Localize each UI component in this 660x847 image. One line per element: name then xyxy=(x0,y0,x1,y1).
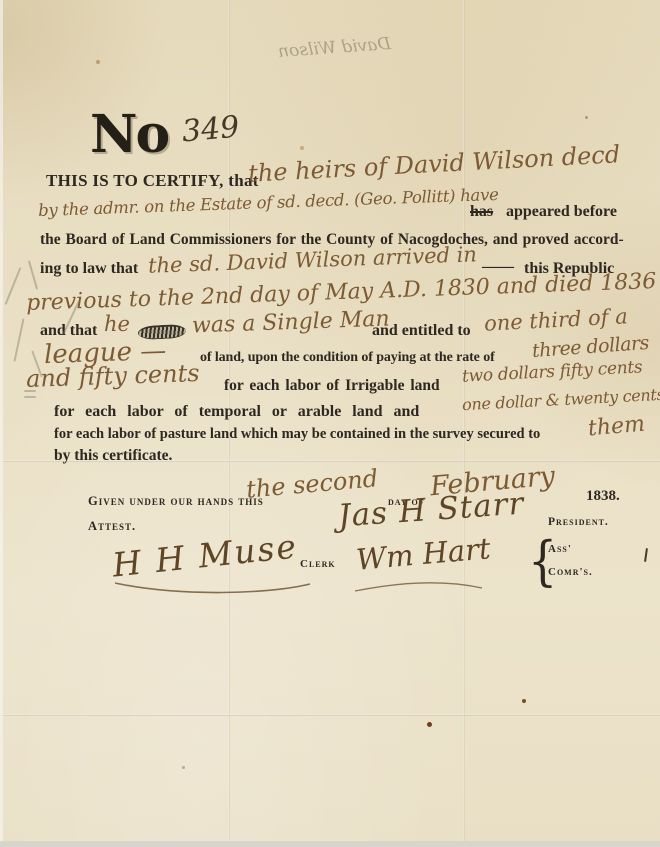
pencil-mark xyxy=(24,396,36,398)
them-handwriting: them xyxy=(587,412,646,442)
single-man-handwriting: was a Single Man xyxy=(192,307,390,339)
paper-edge-bottom xyxy=(0,841,660,847)
commissioner-signature: Wm Hart xyxy=(355,531,492,577)
foxing-dot xyxy=(522,699,526,703)
given-under-hands-label: Given under our hands this xyxy=(88,494,264,509)
clerk-flourish xyxy=(110,575,490,599)
foxing-dot xyxy=(300,146,304,150)
pencil-mark xyxy=(5,267,22,305)
crease-vertical-2 xyxy=(463,0,465,847)
commissioner-brace: { xyxy=(528,530,557,592)
clerk-label: Clerk xyxy=(300,558,336,570)
foxing-dot xyxy=(427,722,432,727)
he-handwriting: he xyxy=(104,312,130,336)
foxing-dot xyxy=(96,60,100,64)
bleedthrough-name: David Wilson xyxy=(277,34,391,62)
certificate-no-glyph: No xyxy=(90,104,168,165)
foxing-dot xyxy=(585,116,588,119)
irrigable-land-text: for each labor of Irrigable land xyxy=(224,377,440,395)
one-third-handwriting: one third of a xyxy=(483,304,628,335)
pencil-mark xyxy=(13,318,24,361)
ing-to-law-text: ing to law that xyxy=(40,260,138,278)
attest-label: Attest. xyxy=(88,519,136,534)
certificate-number: 349 xyxy=(181,110,241,150)
crease-horizontal-2 xyxy=(0,714,660,716)
foxing-dot xyxy=(182,766,185,769)
one-dollar-handwriting: one dollar & twenty cents xyxy=(462,385,660,415)
appeared-before-text: appeared before xyxy=(506,203,617,221)
certify-lead-text: THIS IS TO CERTIFY, that xyxy=(46,171,259,191)
pencil-mark xyxy=(24,390,36,392)
certificate-page: David Wilson No 349 THIS IS TO CERTIFY, … xyxy=(0,0,660,847)
fifty-cents-handwriting: and fifty cents xyxy=(26,359,200,393)
ink-mark xyxy=(644,548,648,562)
pasture-land-text: for each labor of pasture land which may… xyxy=(54,426,540,443)
year-text: 1838. xyxy=(586,488,620,505)
rate-of-text: of land, upon the condition of paying at… xyxy=(200,350,495,366)
struck-word-has: has xyxy=(470,203,493,221)
entitled-to-text: and entitled to xyxy=(372,322,471,340)
paper-edge-left xyxy=(0,0,3,847)
certificate-closing-text: by this certificate. xyxy=(54,447,172,465)
president-label: President. xyxy=(548,516,609,528)
commissioners-label: Comr's. xyxy=(548,566,593,578)
pencil-mark xyxy=(28,260,38,289)
assistant-label: Ass' xyxy=(548,543,572,555)
temporal-land-text: for each labor of temporal or arable lan… xyxy=(54,403,419,421)
